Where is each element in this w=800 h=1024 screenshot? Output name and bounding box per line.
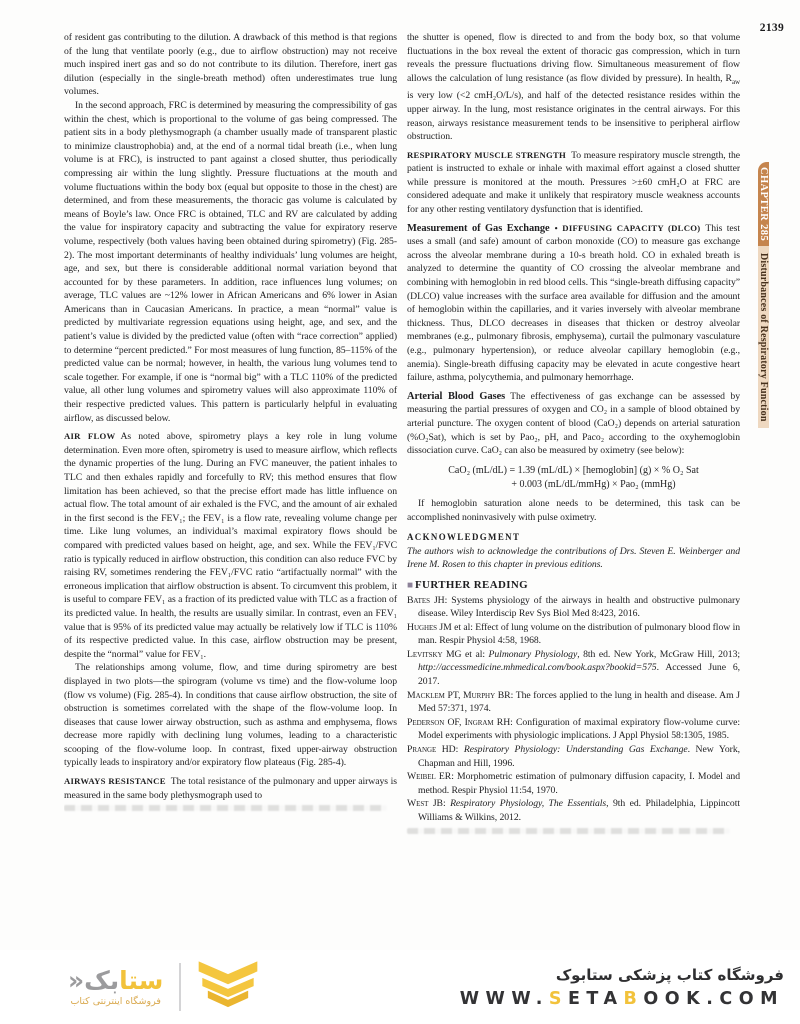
paragraph: of resident gas contributing to the dilu… <box>64 31 397 99</box>
text-segment: : <box>456 744 464 755</box>
footer-right-text: فروشگاه کتاب پزشکی ستابوک WWW.SETABOOK.C… <box>460 966 784 1009</box>
chapter-tab-title: Disturbances of Respiratory Function <box>758 246 769 428</box>
text-sc: Hughes JM <box>407 622 452 633</box>
text-sc: Weibel ER <box>407 771 451 782</box>
text-i: http://accessmedicine.mhmedical.com/book… <box>418 662 657 673</box>
text-segment: As noted above, spirometry plays a key r… <box>64 431 397 660</box>
text-h: AIRWAYS RESISTANCE <box>64 776 166 786</box>
text-segment: et al: <box>462 649 489 660</box>
footer-persian-line: فروشگاه کتاب پزشکی ستابوک <box>460 966 784 984</box>
paragraph: In the second approach, FRC is determine… <box>64 99 397 425</box>
reference-entry: Weibel ER: Morphometric estimation of pu… <box>407 770 740 797</box>
wordmark-yellow-part: ستا <box>119 966 163 995</box>
text-h: RESPIRATORY MUSCLE STRENGTH <box>407 150 566 160</box>
reference-entry: Bates JH: Systems physiology of the airw… <box>407 594 740 621</box>
text-sc: West JB <box>407 798 443 809</box>
text-sc: Bates JH <box>407 595 445 606</box>
footer-divider <box>179 963 181 1011</box>
paragraph: Measurement of Gas Exchange• DIFFUSING C… <box>407 222 740 385</box>
paragraph: AIRWAYS RESISTANCEThe total resistance o… <box>64 775 397 802</box>
footer-website-url: WWW.SETABOOK.COM <box>460 989 784 1009</box>
reference-entry: West JB: Respiratory Physiology, The Ess… <box>407 797 740 824</box>
text-segment: This test uses a small (and safe) amount… <box>407 223 740 384</box>
book-page-scan: 2139 CHAPTER 285 Disturbances of Respira… <box>0 0 800 1024</box>
paragraph: the shutter is opened, flow is directed … <box>407 31 740 144</box>
text-sub: aw <box>732 78 740 86</box>
text-segment: The authors wish to acknowledge the cont… <box>407 546 740 571</box>
text-b: Measurement of Gas Exchange <box>407 223 550 234</box>
paragraph: The authors wish to acknowledge the cont… <box>407 545 740 572</box>
text-sc: Prange HD <box>407 744 456 755</box>
chapter-tab-number: CHAPTER 285 <box>758 162 769 246</box>
text-i: Pulmonary Physiology <box>489 649 578 660</box>
wordmark-gray-part: بک« <box>68 966 119 995</box>
text-segment: In the second approach, FRC is determine… <box>64 100 397 424</box>
text-segment: + 0.003 (mL/dL/mmHg) × Pao₂ (mmHg) <box>511 479 675 490</box>
text-segment: is very low (<2 cmH₂O/L/s), and half of … <box>407 90 740 142</box>
text-i: Respiratory Physiology: Understanding Ga… <box>464 744 688 755</box>
acknowledgment-heading: ACKNOWLEDGMENT <box>407 531 740 545</box>
text-segment: : Morphometric estimation of pulmonary d… <box>418 771 740 796</box>
text-ackh: ACKNOWLEDGMENT <box>407 532 520 542</box>
text-segment: : Systems physiology of the airways in h… <box>418 595 740 620</box>
text-segment: If hemoglobin saturation alone needs to … <box>407 498 740 523</box>
paragraph: RESPIRATORY MUSCLE STRENGTHTo measure re… <box>407 149 740 217</box>
text-sc: Pederson OF, Ingram RH <box>407 717 510 728</box>
paragraph: If hemoglobin saturation alone needs to … <box>407 497 740 524</box>
further-reading-heading: ■FURTHER READING <box>407 579 740 593</box>
text-urld: ETA <box>568 989 624 1009</box>
paragraph: Arterial Blood GasesThe effectiveness of… <box>407 390 740 458</box>
paragraph: AIR FLOWAs noted above, spirometry plays… <box>64 430 397 661</box>
logo-tagline: فروشگاه اینترنتی کتاب <box>68 996 163 1007</box>
cut-off-line <box>64 805 387 811</box>
text-segment: : <box>443 798 450 809</box>
reference-entry: Macklem PT, Murphy BR: The forces applie… <box>407 689 740 716</box>
left-column: of resident gas contributing to the dilu… <box>64 31 397 947</box>
text-urly: S <box>549 989 568 1009</box>
text-frt: FURTHER READING <box>415 579 528 591</box>
text-h: • DIFFUSING CAPACITY (DLCO) <box>555 223 701 233</box>
text-sc: Levitsky MG <box>407 649 462 660</box>
page-number: 2139 <box>760 22 784 34</box>
paragraph: The relationships among volume, flow, an… <box>64 661 397 770</box>
cut-off-line <box>407 828 730 834</box>
text-segment: , 8th ed. New York, McGraw Hill, 2013; <box>577 649 740 660</box>
text-segment: et al: Effect of lung volume on the dist… <box>418 622 740 647</box>
footer-banner: ستابک« فروشگاه اینترنتی کتاب فروشگاه کتا… <box>0 950 800 1024</box>
text-urld: OOK.COM <box>643 989 784 1009</box>
text-i: Respiratory Physiology, The Essentials <box>450 798 606 809</box>
reference-entry: Levitsky MG et al: Pulmonary Physiology,… <box>407 648 740 689</box>
equation-line: CaO₂ (mL/dL) = 1.39 (mL/dL) × [hemoglobi… <box>407 464 740 478</box>
text-b: Arterial Blood Gases <box>407 391 505 402</box>
text-urld: WWW. <box>460 989 549 1009</box>
setabook-chevron-icon <box>195 960 261 1014</box>
reference-entry: Hughes JM et al: Effect of lung volume o… <box>407 621 740 648</box>
text-h: AIR FLOW <box>64 431 115 441</box>
text-urly: B <box>624 989 644 1009</box>
chapter-tab: CHAPTER 285 Disturbances of Respiratory … <box>758 162 798 428</box>
text-segment: of resident gas contributing to the dilu… <box>64 32 397 97</box>
text-sc: Macklem PT, Murphy BR <box>407 690 511 701</box>
text-sq: ■ <box>407 580 413 591</box>
equation-line: + 0.003 (mL/dL/mmHg) × Pao₂ (mmHg) <box>407 478 740 492</box>
reference-entry: Prange HD: Respiratory Physiology: Under… <box>407 743 740 770</box>
right-column: the shutter is opened, flow is directed … <box>407 31 740 947</box>
reference-entry: Pederson OF, Ingram RH: Configuration of… <box>407 716 740 743</box>
setabook-wordmark: ستابک« <box>68 968 163 994</box>
setabook-logo: ستابک« فروشگاه اینترنتی کتاب <box>68 968 163 1007</box>
text-segment: CaO₂ (mL/dL) = 1.39 (mL/dL) × [hemoglobi… <box>448 465 699 476</box>
text-segment: the shutter is opened, flow is directed … <box>407 32 740 84</box>
text-segment: The relationships among volume, flow, an… <box>64 662 397 768</box>
two-column-text: of resident gas contributing to the dilu… <box>64 31 740 947</box>
